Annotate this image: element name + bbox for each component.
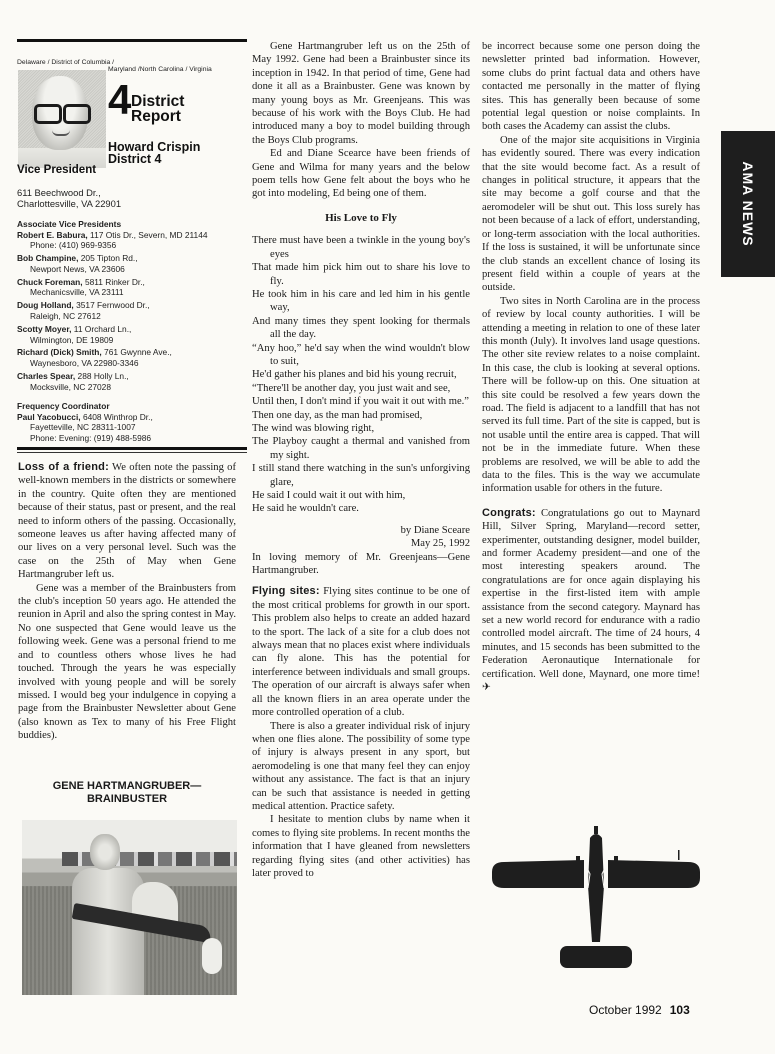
poem-line: He said he wouldn't care.	[252, 502, 470, 515]
poem-line: “Any hoo,” he'd say when the wind wouldn…	[252, 342, 470, 369]
district-report-title: District Report	[131, 94, 184, 124]
loss-of-friend-article: Loss of a friend: We often note the pass…	[18, 461, 236, 743]
issue-date: October 1992	[589, 1003, 662, 1017]
section-lead-in: Flying sites:	[252, 585, 320, 597]
frequency-coordinator-heading: Frequency Coordinator	[17, 401, 253, 412]
associate-entry: Richard (Dick) Smith, 761 Gwynne Ave., W…	[17, 347, 253, 368]
poem-line: The wind was blowing right,	[252, 422, 470, 435]
article-paragraph: Loss of a friend: We often note the pass…	[18, 461, 236, 582]
associate-entry: Scotty Moyer, 11 Orchard Ln., Wilmington…	[17, 324, 253, 345]
vice-president-address: 611 Beechwood Dr., Charlottesville, VA 2…	[17, 187, 121, 209]
poem-byline-date: May 25, 1992	[252, 537, 470, 550]
section-lead-in: Congrats:	[482, 507, 536, 519]
article-paragraph: Gene Hartmangruber left us on the 25th o…	[252, 40, 470, 147]
frequency-coordinator-entry: Paul Yacobucci, 6408 Winthrop Dr., Fayet…	[17, 412, 253, 444]
article-paragraph: be incorrect because some one person doi…	[482, 40, 700, 134]
article-paragraph: I hesitate to mention clubs by name when…	[252, 813, 470, 880]
poem-title: His Love to Fly	[252, 212, 470, 225]
poem-line: Until then, I don't mind if you wait it …	[252, 395, 470, 408]
middle-column: Gene Hartmangruber left us on the 25th o…	[252, 40, 470, 880]
associate-entry: Doug Holland, 3517 Fernwood Dr., Raleigh…	[17, 300, 253, 321]
article-paragraph: Flying sites: Flying sites continue to b…	[252, 585, 470, 719]
district-number: 4	[108, 80, 131, 120]
associate-entry: Robert E. Babura, 117 Otis Dr., Severn, …	[17, 230, 253, 251]
article-paragraph: Two sites in North Carolina are in the p…	[482, 295, 700, 496]
poem-line: The Playboy caught a thermal and vanishe…	[252, 435, 470, 462]
vice-president-portrait	[18, 70, 106, 168]
airplane-silhouette-icon	[488, 826, 704, 976]
page-number: 103	[670, 1003, 690, 1017]
poem-line: “There'll be another day, you just wait …	[252, 382, 470, 395]
end-mark-plane-icon: ✈	[482, 682, 491, 693]
vice-president-name: Howard Crispin District 4	[108, 142, 200, 165]
associate-vps-heading: Associate Vice Presidents	[17, 219, 253, 230]
poem-line: Then one day, as the man had promised,	[252, 409, 470, 422]
article-paragraph: Congrats: Congratulations go out to Mayn…	[482, 507, 700, 695]
states-line-1: Delaware / District of Columbia /	[17, 59, 114, 66]
article-paragraph: One of the major site acquisitions in Vi…	[482, 134, 700, 295]
poem-line: And many times they spent looking for th…	[252, 315, 470, 342]
photo-headline: GENE HARTMANGRUBER— BRAINBUSTER	[18, 780, 236, 806]
top-rule	[17, 39, 247, 42]
poem: There must have been a twinkle in the yo…	[252, 234, 470, 516]
poem-line: I still stand there watching in the sun'…	[252, 462, 470, 489]
poem-byline-author: by Diane Sceare	[252, 524, 470, 537]
poem-line: He'd gather his planes and bid his young…	[252, 368, 470, 381]
states-line-2: Maryland /North Carolina / Virginia	[108, 66, 212, 73]
poem-line: He said I could wait it out with him,	[252, 489, 470, 502]
article-paragraph: There is also a greater individual risk …	[252, 720, 470, 814]
poem-line: He took him in his care and led him in h…	[252, 288, 470, 315]
poem-line: There must have been a twinkle in the yo…	[252, 234, 470, 261]
associate-vps-list: Associate Vice Presidents Robert E. Babu…	[17, 219, 253, 446]
associate-entry: Chuck Foreman, 5811 Rinker Dr., Mechanic…	[17, 277, 253, 298]
poem-line: That made him pick him out to share his …	[252, 261, 470, 288]
section-divider	[17, 447, 247, 453]
page-footer: October 1992103	[589, 1003, 690, 1017]
gene-hartmangruber-photo	[22, 820, 237, 995]
section-tab-label: AMA NEWS	[740, 161, 756, 246]
article-paragraph: Gene was a member of the Brainbusters fr…	[18, 582, 236, 743]
section-tab-ama-news: AMA NEWS	[721, 131, 775, 277]
article-paragraph: Ed and Diane Scearce have been friends o…	[252, 147, 470, 201]
vice-president-label: Vice President	[17, 164, 96, 176]
memorial-line: In loving memory of Mr. Greenjeans—Gene …	[252, 551, 470, 578]
associate-entry: Charles Spear, 288 Holly Ln., Mocksville…	[17, 371, 253, 392]
associate-entry: Bob Champine, 205 Tipton Rd., Newport Ne…	[17, 253, 253, 274]
right-column: be incorrect because some one person doi…	[482, 40, 700, 695]
section-lead-in: Loss of a friend:	[18, 461, 109, 473]
